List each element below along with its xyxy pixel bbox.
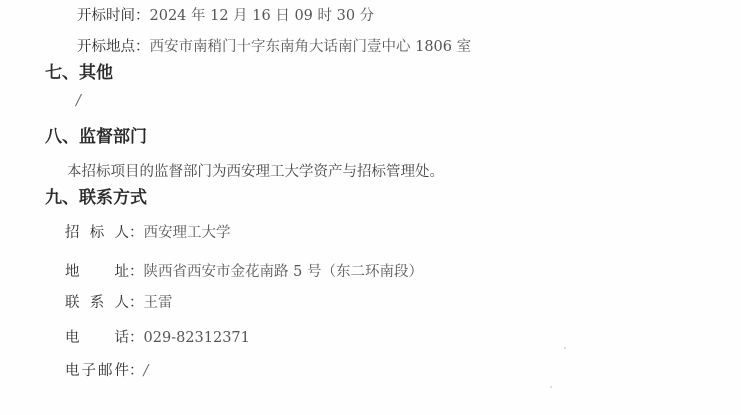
section-heading-supervision: 八、监督部门	[45, 126, 147, 148]
section-number: 八、	[45, 127, 79, 147]
contact-row-address: 地址：陕西省西安市金花南路 5 号（东二环南段）	[65, 262, 423, 282]
colon: ：	[129, 295, 144, 311]
section-heading-other: 七、其他	[45, 62, 113, 84]
section-other-content: /	[76, 91, 81, 111]
colon: ：	[135, 39, 150, 55]
section-number: 九、	[45, 188, 79, 208]
contact-row-email: 电子邮件：/	[65, 361, 148, 381]
scan-speck	[564, 347, 566, 349]
section-heading-contact: 九、联系方式	[45, 187, 147, 209]
contact-value: 王雷	[144, 295, 173, 311]
contact-row-person: 联系人：王雷	[65, 293, 173, 313]
opening-time-value: 2024 年 12 月 16 日 09 时 30 分	[150, 8, 375, 24]
contact-label: 电话	[65, 328, 129, 348]
opening-time-line: 开标时间：2024 年 12 月 16 日 09 时 30 分	[77, 6, 374, 26]
opening-place-label: 开标地点	[77, 39, 135, 55]
colon: ：	[129, 363, 144, 379]
section-number: 七、	[45, 63, 79, 83]
contact-row-tenderer: 招标人：西安理工大学	[65, 223, 231, 243]
contact-row-phone: 电话：029-82312371	[65, 328, 250, 348]
document-page: 开标时间：2024 年 12 月 16 日 09 时 30 分 开标地点：西安市…	[0, 0, 741, 415]
section-title: 联系方式	[79, 188, 147, 208]
opening-place-value: 西安市南稍门十字东南角大话南门壹中心 1806 室	[150, 39, 472, 55]
opening-time-label: 开标时间	[77, 8, 135, 24]
contact-label: 联系人	[65, 293, 129, 313]
scan-speck	[550, 386, 552, 388]
contact-label: 地址	[65, 262, 129, 282]
supervision-content: 本招标项目的监督部门为西安理工大学资产与招标管理处。	[67, 162, 444, 182]
opening-place-line: 开标地点：西安市南稍门十字东南角大话南门壹中心 1806 室	[77, 37, 471, 57]
colon: ：	[129, 225, 144, 241]
section-title: 监督部门	[79, 127, 147, 147]
contact-label: 招标人	[65, 223, 129, 243]
contact-value: 029-82312371	[144, 330, 250, 346]
section-title: 其他	[79, 63, 113, 83]
colon: ：	[129, 330, 144, 346]
contact-value: /	[144, 363, 149, 379]
contact-label: 电子邮件	[65, 361, 129, 381]
colon: ：	[129, 264, 144, 280]
contact-value: 西安理工大学	[144, 225, 231, 241]
contact-value: 陕西省西安市金花南路 5 号（东二环南段）	[144, 264, 423, 280]
colon: ：	[135, 8, 150, 24]
